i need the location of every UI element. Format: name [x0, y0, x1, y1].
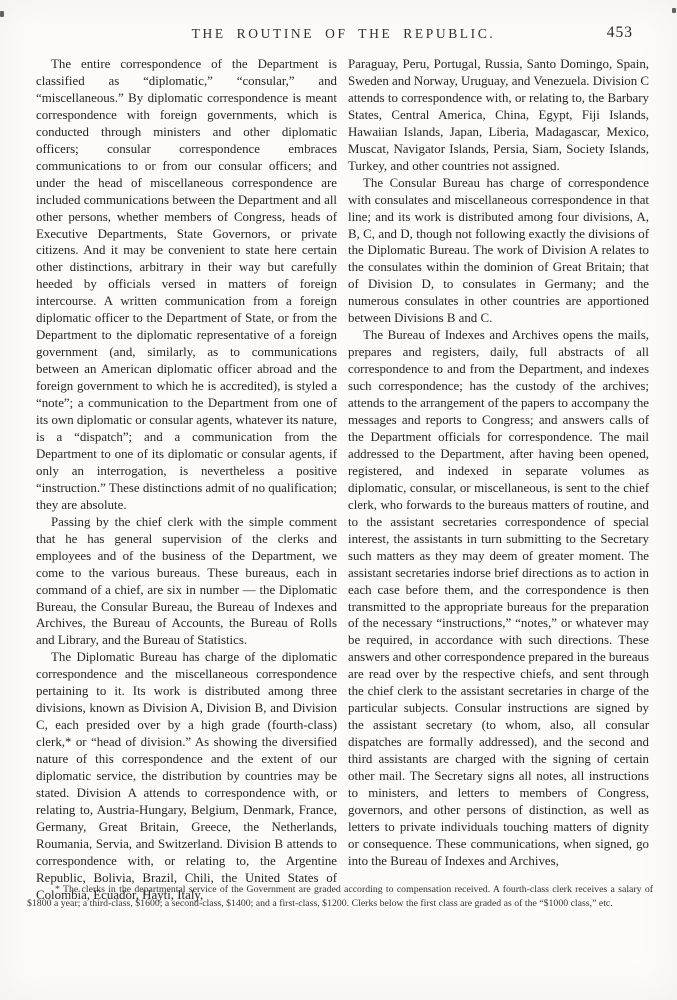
paragraph: Passing by the chief clerk with the simp…	[36, 514, 337, 650]
page-number: 453	[607, 24, 633, 42]
scan-artifact-top-left	[0, 11, 4, 17]
running-title: THE ROUTINE OF THE REPUBLIC.	[36, 26, 651, 42]
book-page: THE ROUTINE OF THE REPUBLIC. 453 The ent…	[0, 0, 677, 1000]
paragraph-continuation: Paraguay, Peru, Portugal, Russia, Santo …	[348, 56, 649, 175]
footnote: * The clerks in the departmental service…	[27, 883, 653, 911]
running-header: THE ROUTINE OF THE REPUBLIC. 453	[36, 26, 651, 46]
paragraph: The Diplomatic Bureau has charge of the …	[36, 649, 337, 903]
paragraph: The entire correspondence of the Departm…	[36, 56, 337, 514]
scan-artifact-top-right	[672, 8, 676, 13]
footnote-text: * The clerks in the departmental service…	[27, 883, 653, 911]
paragraph: The Bureau of Indexes and Archives opens…	[348, 327, 649, 870]
left-column: The entire correspondence of the Departm…	[36, 56, 337, 904]
right-column: Paraguay, Peru, Portugal, Russia, Santo …	[348, 56, 649, 904]
paragraph: The Consular Bureau has charge of corres…	[348, 175, 649, 328]
text-columns: The entire correspondence of the Departm…	[36, 56, 649, 904]
